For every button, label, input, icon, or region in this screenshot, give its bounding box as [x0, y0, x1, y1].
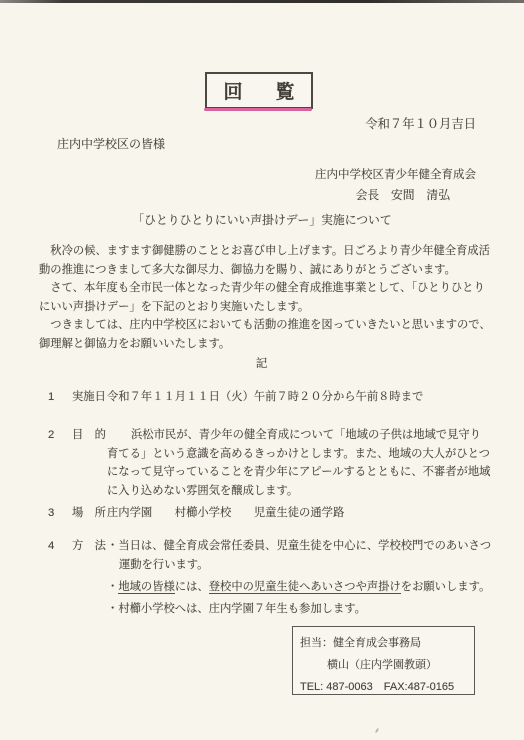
scan-speck	[375, 728, 379, 733]
paragraph-greeting: 秋冷の候、ますます御健勝のこととお喜び申し上げます。日ごろより青少年健全育成活動…	[39, 242, 492, 279]
method-bullet-participation: ・村櫛小学校へは、庄内学園７年生も参加します。	[107, 600, 492, 619]
method-bullet-list: ・当日は、健全育成会常任委員、児童生徒を中心に、学校校門でのあいさつ運動を行いま…	[107, 537, 492, 623]
paragraph-announcement: さて、本年度も全市民一体となった青少年の健全育成推進事業として、「ひとりひとりに…	[39, 279, 492, 316]
issuing-organization: 庄内中学校区青少年健全育成会	[315, 166, 476, 182]
bullet-marker: ・	[107, 540, 118, 552]
bullet-marker: ・	[107, 603, 118, 615]
bullet-text: 村櫛小学校へは、庄内学園７年生も参加します。	[118, 603, 366, 615]
item-label: 場 所	[72, 504, 107, 523]
circulation-stamp-box: 回 覧	[205, 72, 313, 109]
issue-date: 令和７年１０月吉日	[365, 114, 476, 132]
bullet-text: には、	[175, 581, 209, 593]
item-value: 令和７年１１月１１日（火）午前７時２０分から午前８時まで	[107, 388, 492, 407]
list-item-purpose: 2 目 的 浜松市民が、青少年の健全育成について「地域の子供は地域で見守り育てる…	[45, 426, 492, 500]
bullet-text: 当日は、健全育成会常任委員、児童生徒を中心に、学校校門でのあいさつ運動を行います…	[118, 540, 491, 571]
document-title: 「ひとりひとりにいい声掛けデー」実施について	[0, 211, 524, 228]
underlined-text: 登校中の児童生徒へあいさつや声掛け	[209, 581, 401, 595]
list-item-place: 3 場 所 庄内学園 村櫛小学校 児童生徒の通学路	[45, 504, 492, 523]
item-label: 実施日	[72, 388, 107, 407]
contact-person: 横山（庄内学園教頭）	[327, 654, 474, 676]
addressee-line: 庄内中学校区の皆様	[57, 135, 165, 152]
underlined-text: 地域の皆様	[118, 581, 175, 595]
item-value: 庄内学園 村櫛小学校 児童生徒の通学路	[107, 504, 492, 523]
ki-record-marker: 記	[0, 355, 524, 371]
bullet-text: をお願いします。	[401, 581, 490, 593]
bullet-marker: ・	[107, 581, 118, 593]
item-number: 4	[45, 537, 72, 556]
contact-info-box: 担当：健全育成会事務局 横山（庄内学園教頭） TEL: 487-0063 FAX…	[292, 626, 475, 695]
list-item-implementation-date: 1 実施日 令和７年１１月１１日（火）午前７時２０分から午前８時まで	[45, 388, 492, 407]
stamp-pink-underline	[204, 108, 312, 111]
document-page: 回 覧 令和７年１０月吉日 庄内中学校区の皆様 庄内中学校区青少年健全育成会 会…	[0, 0, 524, 740]
paragraph-request: つきましては、庄内中学校区においても活動の推進を図っていきたいと思いますので、御…	[39, 316, 492, 353]
item-value: 浜松市民が、青少年の健全育成について「地域の子供は地域で見守り育てる」という意識…	[107, 426, 492, 500]
greeting-body: 秋冷の候、ますます御健勝のこととお喜び申し上げます。日ごろより青少年健全育成活動…	[39, 242, 492, 354]
list-item-method: 4 方 法 ・当日は、健全育成会常任委員、児童生徒を中心に、学校校門でのあいさつ…	[45, 537, 492, 623]
item-number: 3	[45, 504, 72, 523]
item-label: 方 法	[72, 537, 107, 556]
scan-edge-artifact	[0, 0, 524, 3]
contact-department: 担当：健全育成会事務局	[300, 632, 474, 654]
circulation-stamp-label: 回 覧	[216, 77, 301, 104]
item-label: 目 的	[72, 426, 107, 445]
item-number: 1	[45, 388, 72, 407]
chairman-name: 会長 安間 清弘	[356, 186, 450, 203]
item-number: 2	[45, 426, 72, 445]
method-bullet-residents-request: ・地域の皆様には、登校中の児童生徒へあいさつや声掛けをお願いします。	[107, 578, 492, 597]
contact-tel-fax: TEL: 487-0063 FAX:487-0165	[300, 676, 474, 698]
scan-speck	[373, 123, 376, 126]
method-bullet-greeting-activity: ・当日は、健全育成会常任委員、児童生徒を中心に、学校校門でのあいさつ運動を行いま…	[107, 537, 492, 574]
